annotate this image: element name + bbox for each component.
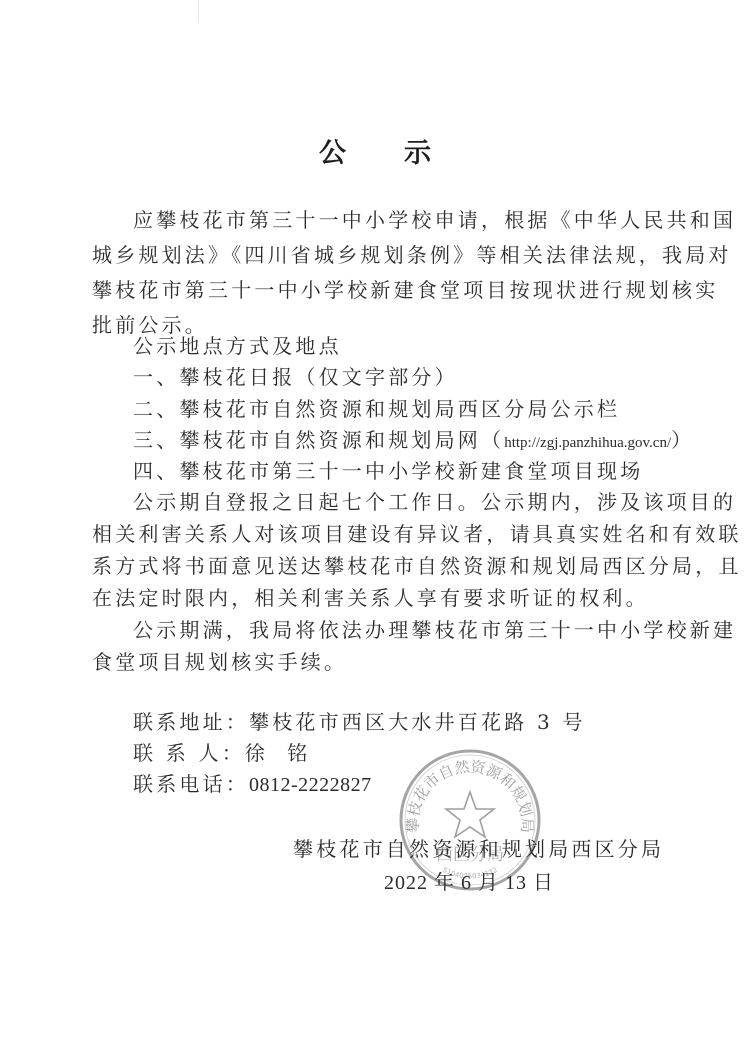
contact-phone: 联系电话：0812-2222827 <box>133 772 372 797</box>
contact-person-label: 联 系 人： <box>133 741 245 765</box>
contact-person-value: 徐 铭 <box>245 741 311 765</box>
contact-address-value: 攀枝花市西区大水井百花路 3 号 <box>249 710 586 734</box>
location-item-3: 三、攀枝花市自然资源和规划局网（http://zgj.panzhihua.gov… <box>133 428 694 455</box>
signature-organization: 攀枝花市自然资源和规划局西区分局 <box>293 833 664 862</box>
paragraph-period-line-1: 公示期自登报之日起七个工作日。公示期内，涉及该项目的 <box>133 490 736 514</box>
website-link[interactable]: http://zgj.panzhihua.gov.cn/ <box>504 435 671 451</box>
document-title: 公示 <box>0 131 750 170</box>
signature-date: 2022 年 6 月 13 日 <box>384 866 554 895</box>
paragraph-closing-line-1: 公示期满，我局将依法办理攀枝花市第三十一中小学校新建 <box>133 618 736 642</box>
location-item-4: 四、攀枝花市第三十一中小学校新建食堂项目现场 <box>133 459 643 483</box>
paragraph-intro-line-3: 攀枝花市第三十一中小学校新建食堂项目按现状进行规划核实 <box>92 278 718 302</box>
location-item-3-suffix: ） <box>671 428 694 452</box>
svg-text:攀枝花市自然资源和规划局: 攀枝花市自然资源和规划局 <box>404 757 536 833</box>
seal-ring-text: 攀枝花市自然资源和规划局 <box>404 757 536 833</box>
contact-phone-label: 联系电话： <box>133 772 249 796</box>
contact-address: 联系地址：攀枝花市西区大水井百花路 3 号 <box>133 710 586 734</box>
location-item-1: 一、攀枝花日报（仅文字部分） <box>133 365 458 389</box>
contact-phone-value: 0812-2222827 <box>249 774 372 796</box>
locations-heading: 公示地点方式及地点 <box>133 334 342 358</box>
paragraph-closing-line-2: 食堂项目规划核实手续。 <box>92 650 347 674</box>
paragraph-period-line-3: 系方式将书面意见送达攀枝花市自然资源和规划局西区分局，且 <box>92 554 742 578</box>
location-item-2: 二、攀枝花市自然资源和规划局西区分局公示栏 <box>133 397 620 421</box>
scan-artifact-line <box>198 0 199 22</box>
contact-address-label: 联系地址： <box>133 710 249 734</box>
paragraph-period-line-2: 相关利害关系人对该项目建设有异议者，请具真实姓名和有效联 <box>92 522 742 546</box>
location-item-3-label: 三、攀枝花市自然资源和规划局网（ <box>133 428 504 452</box>
paragraph-period-line-4: 在法定时限内，相关利害关系人享有要求听证的权利。 <box>92 586 649 610</box>
paragraph-intro-line-2: 城乡规划法》《四川省城乡规划条例》等相关法律法规，我局对 <box>92 243 732 267</box>
contact-person: 联 系 人：徐 铭 <box>133 741 310 765</box>
paragraph-intro-line-1: 应攀枝花市第三十一中小学校申请，根据《中华人民共和国 <box>133 208 736 232</box>
